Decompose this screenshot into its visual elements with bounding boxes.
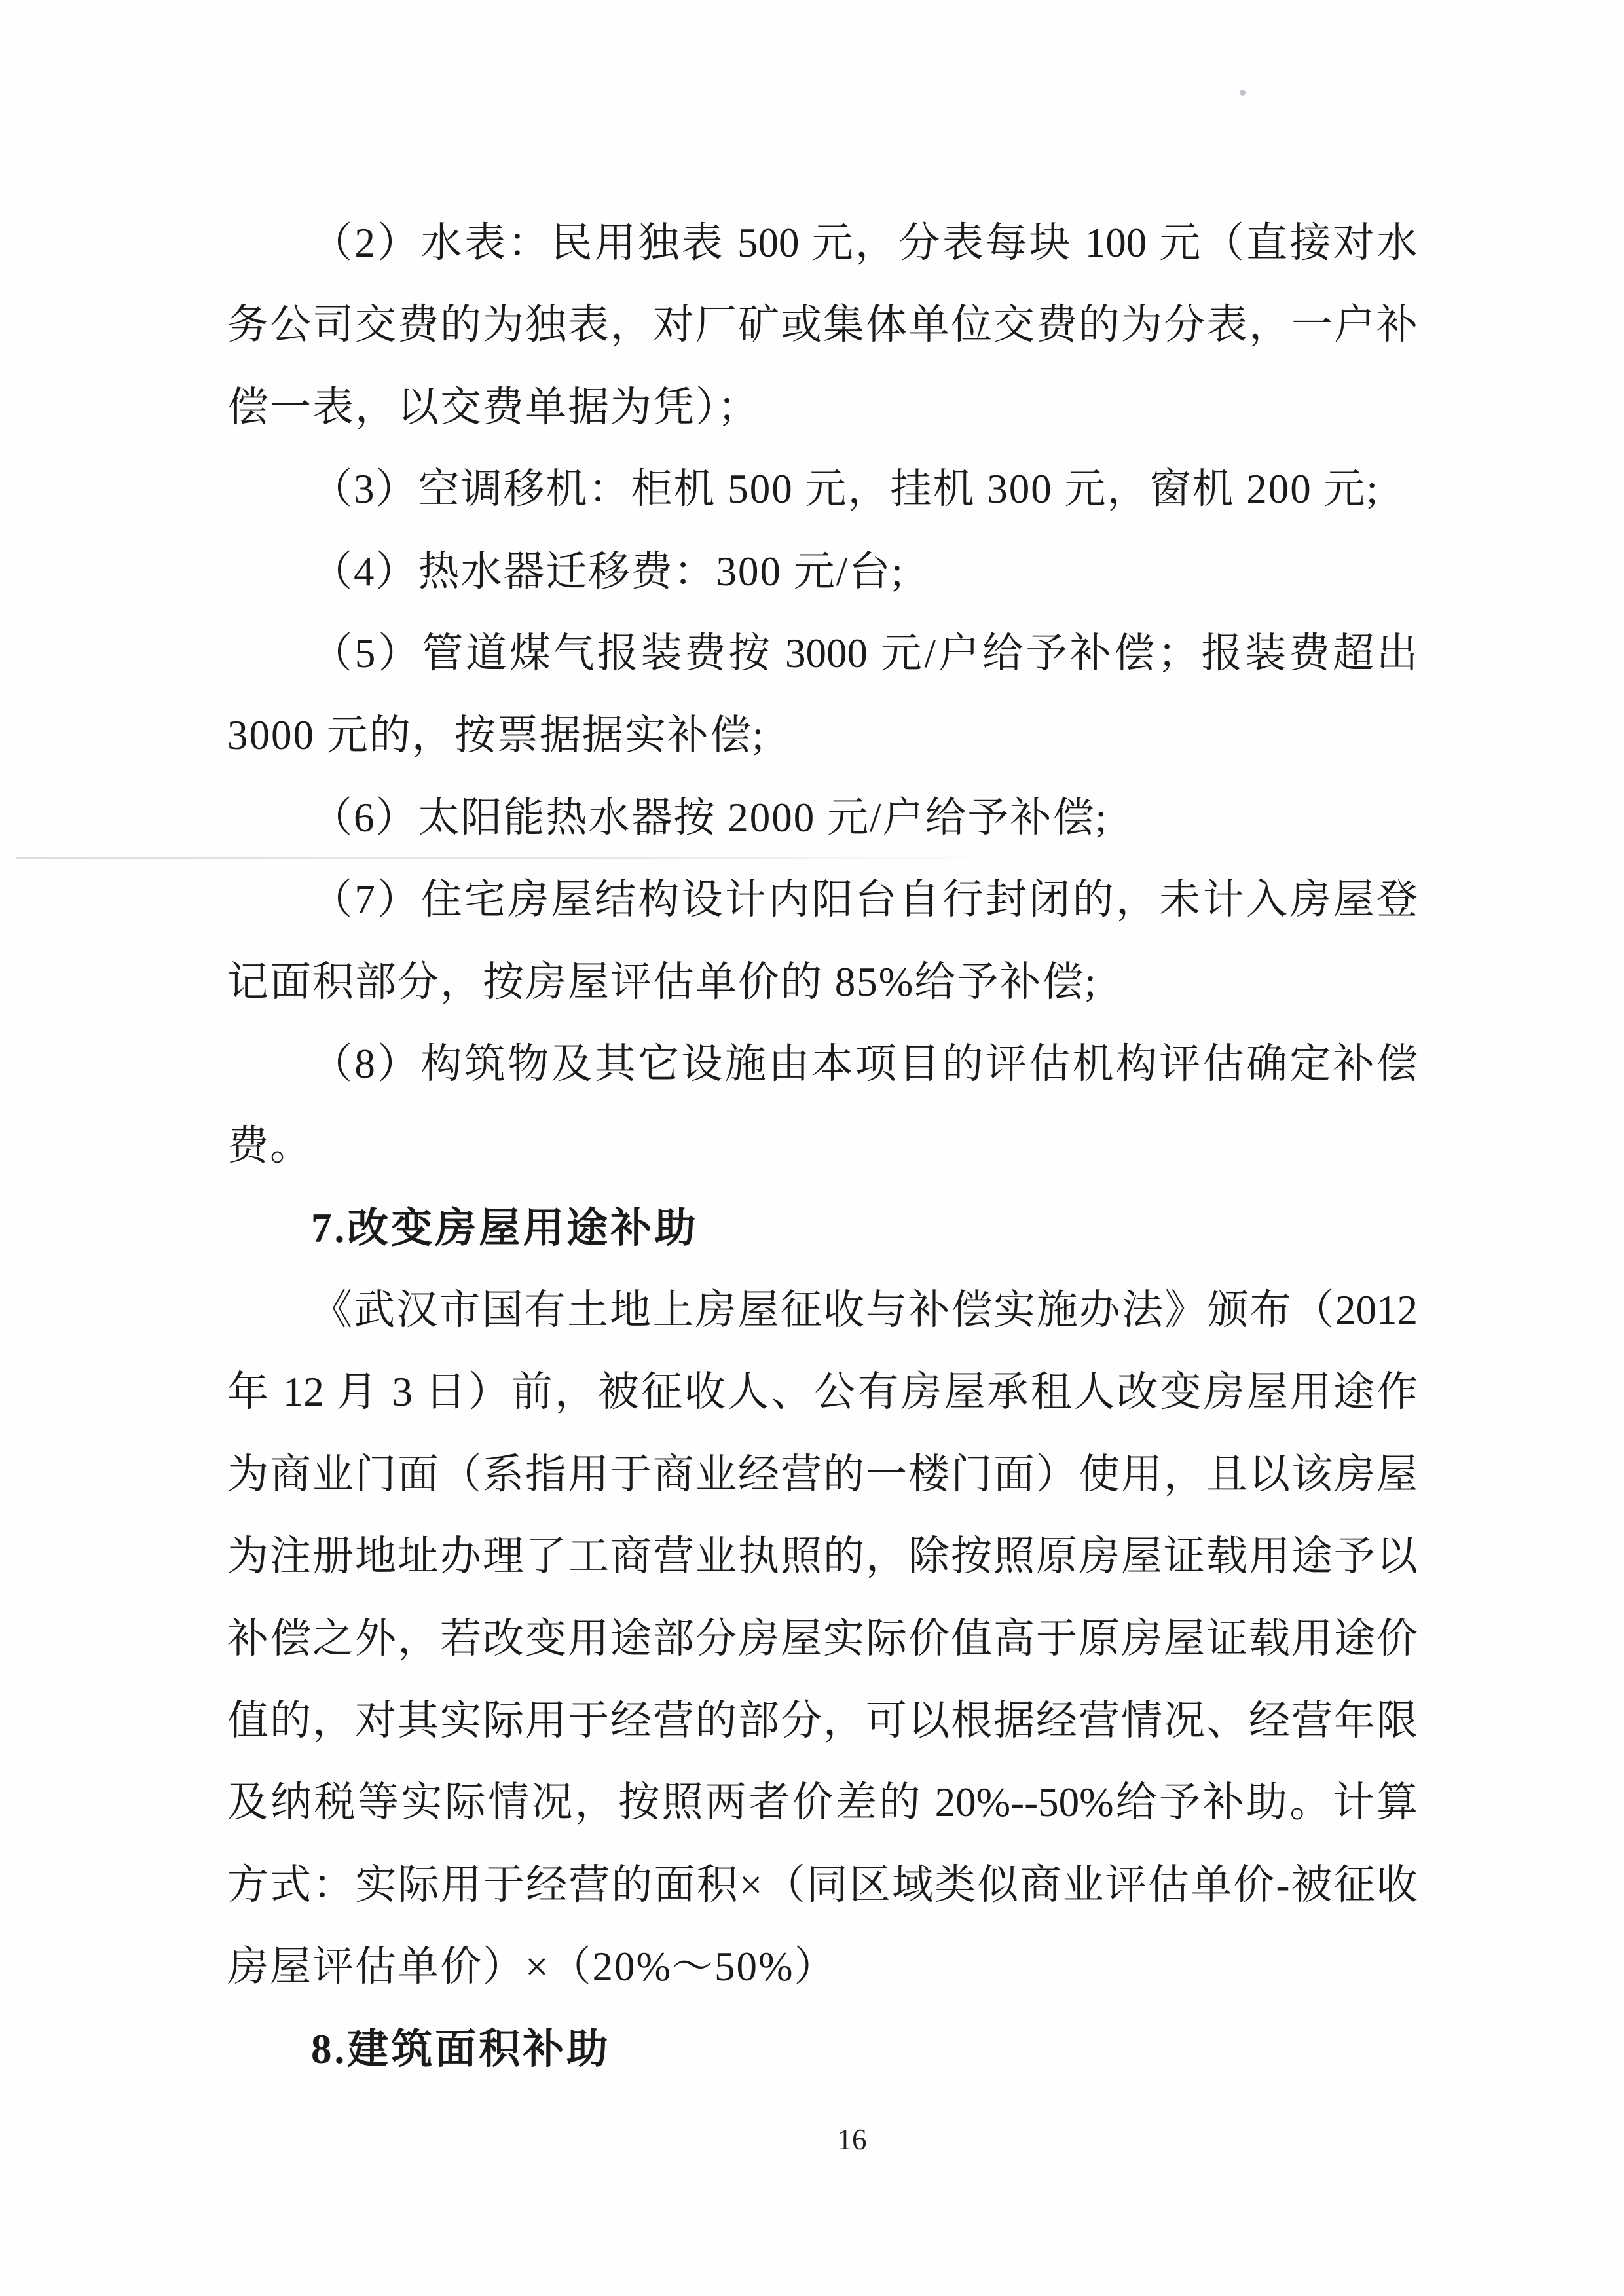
text-line: （3）空调移机：柜机 500 元，挂机 300 元，窗机 200 元;	[227, 448, 1418, 530]
text-line: 及纳税等实际情况，按照两者价差的 20%--50%给予补助。计算	[227, 1762, 1418, 1844]
text-line: （5）管道煤气报装费按 3000 元/户给予补偿；报装费超出	[227, 613, 1418, 695]
page-number: 16	[813, 2120, 891, 2159]
text-line: 为注册地址办理了工商营业执照的，除按照原房屋证载用途予以	[227, 1516, 1418, 1597]
text-line: （6）太阳能热水器按 2000 元/户给予补偿;	[227, 777, 1418, 859]
text-line: 《武汉市国有土地上房屋征收与补偿实施办法》颁布（2012	[227, 1269, 1418, 1351]
text-line: （4）热水器迁移费：300 元/台;	[227, 531, 1418, 613]
scan-artifact-line	[16, 857, 1025, 859]
text-line: 年 12 月 3 日）前，被征收人、公有房屋承租人改变房屋用途作	[227, 1351, 1418, 1433]
text-line: 补偿之外，若改变用途部分房屋实际价值高于原房屋证载用途价	[227, 1598, 1418, 1680]
document-page: （2）水表：民用独表 500 元，分表每块 100 元（直接对水务公司交费的为独…	[0, 0, 1624, 2296]
text-line: 房屋评估单价）×（20%～50%）	[227, 1926, 1418, 2008]
text-line: 8.建筑面积补助	[227, 2009, 1418, 2090]
text-line: （8）构筑物及其它设施由本项目的评估机构评估确定补偿	[227, 1023, 1418, 1105]
scan-artifact-dot	[1240, 90, 1246, 96]
text-line: 7.改变房屋用途补助	[227, 1188, 1418, 1269]
text-line: 为商业门面（系指用于商业经营的一楼门面）使用，且以该房屋	[227, 1434, 1418, 1516]
text-line: 偿一表，以交费单据为凭）；	[227, 367, 1418, 448]
text-line: 记面积部分，按房屋评估单价的 85%给予补偿;	[227, 941, 1418, 1023]
text-line: 方式：实际用于经营的面积×（同区域类似商业评估单价-被征收	[227, 1844, 1418, 1926]
text-line: 3000 元的，按票据据实补偿;	[227, 695, 1418, 776]
document-text-block: （2）水表：民用独表 500 元，分表每块 100 元（直接对水务公司交费的为独…	[227, 202, 1418, 2090]
text-line: 值的，对其实际用于经营的部分，可以根据经营情况、经营年限	[227, 1680, 1418, 1762]
text-line: （7）住宅房屋结构设计内阳台自行封闭的，未计入房屋登	[227, 859, 1418, 941]
text-line: 费。	[227, 1105, 1418, 1187]
text-line: 务公司交费的为独表，对厂矿或集体单位交费的为分表，一户补	[227, 284, 1418, 366]
text-line: （2）水表：民用独表 500 元，分表每块 100 元（直接对水	[227, 202, 1418, 284]
